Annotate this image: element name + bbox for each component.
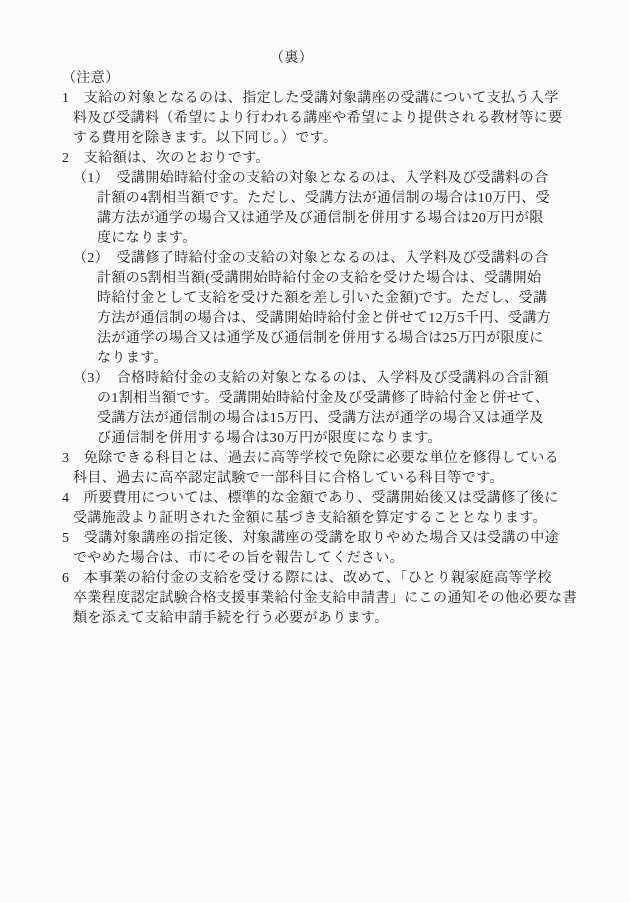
document-page: （裏） （注意）1 支給の対象となるのは、指定した受講対象講座の受講について支払…: [0, 0, 630, 903]
document-line: （3） 合格時給付金の支給の対象となるのは、入学料及び受講料の合計額: [0, 369, 630, 389]
document-line: 計額の5割相当額(受講開始時給付金の支給を受けた場合は、受講開始: [0, 269, 630, 289]
document-line: （1） 受講開始時給付金の支給の対象となるのは、入学料及び受講料の合: [0, 169, 630, 189]
document-line: する費用を除きます。以下同じ。）です。: [0, 129, 630, 149]
document-line: 3 免除できる科目とは、過去に高等学校で免除に必要な単位を修得している: [0, 449, 630, 469]
document-line: 1 支給の対象となるのは、指定した受講対象講座の受講について支払う入学: [0, 89, 630, 109]
document-line: 方法が通信制の場合は、受講開始時給付金と併せて12万5千円、受講方: [0, 309, 630, 329]
document-body: （注意）1 支給の対象となるのは、指定した受講対象講座の受講について支払う入学料…: [0, 69, 630, 629]
document-line: 時給付金として支給を受けた額を差し引いた金額)です。ただし、受講: [0, 289, 630, 309]
document-line: （注意）: [0, 69, 630, 89]
document-line: 5 受講対象講座の指定後、対象講座の受講を取りやめた場合又は受講の中途: [0, 529, 630, 549]
document-line: 料及び受講料（希望により行われる講座や希望により提供される教材等に要: [0, 109, 630, 129]
document-line: 6 本事業の給付金の支給を受ける際には、改めて、「ひとり親家庭高等学校: [0, 569, 630, 589]
document-line: 科目、過去に高卒認定試験で一部科目に合格している科目等です。: [0, 469, 630, 489]
document-line: でやめた場合は、市にその旨を報告してください。: [0, 549, 630, 569]
document-line: 度になります。: [0, 229, 630, 249]
document-line: 受講施設より証明された金額に基づき支給額を算定することとなります。: [0, 509, 630, 529]
page-title: （裏）: [0, 49, 630, 69]
document-line: なります。: [0, 349, 630, 369]
document-line: 講方法が通学の場合又は通学及び通信制を併用する場合は20万円が限: [0, 209, 630, 229]
document-line: 計額の4割相当額です。ただし、受講方法が通信制の場合は10万円、受: [0, 189, 630, 209]
document-line: 法が通学の場合又は通学及び通信制を併用する場合は25万円が限度に: [0, 329, 630, 349]
document-line: 4 所要費用については、標準的な金額であり、受講開始後又は受講修了後に: [0, 489, 630, 509]
document-line: 受講方法が通信制の場合は15万円、受講方法が通学の場合又は通学及: [0, 409, 630, 429]
document-line: び通信制を併用する場合は30万円が限度になります。: [0, 429, 630, 449]
document-line: （2） 受講修了時給付金の支給の対象となるのは、入学料及び受講料の合: [0, 249, 630, 269]
document-line: の1割相当額です。受講開始時給付金及び受講修了時給付金と併せて、: [0, 389, 630, 409]
document-line: 2 支給額は、次のとおりです。: [0, 149, 630, 169]
document-line: 卒業程度認定試験合格支援事業給付金支給申請書」にこの通知その他必要な書: [0, 589, 630, 609]
document-line: 類を添えて支給申請手続を行う必要があります。: [0, 609, 630, 629]
